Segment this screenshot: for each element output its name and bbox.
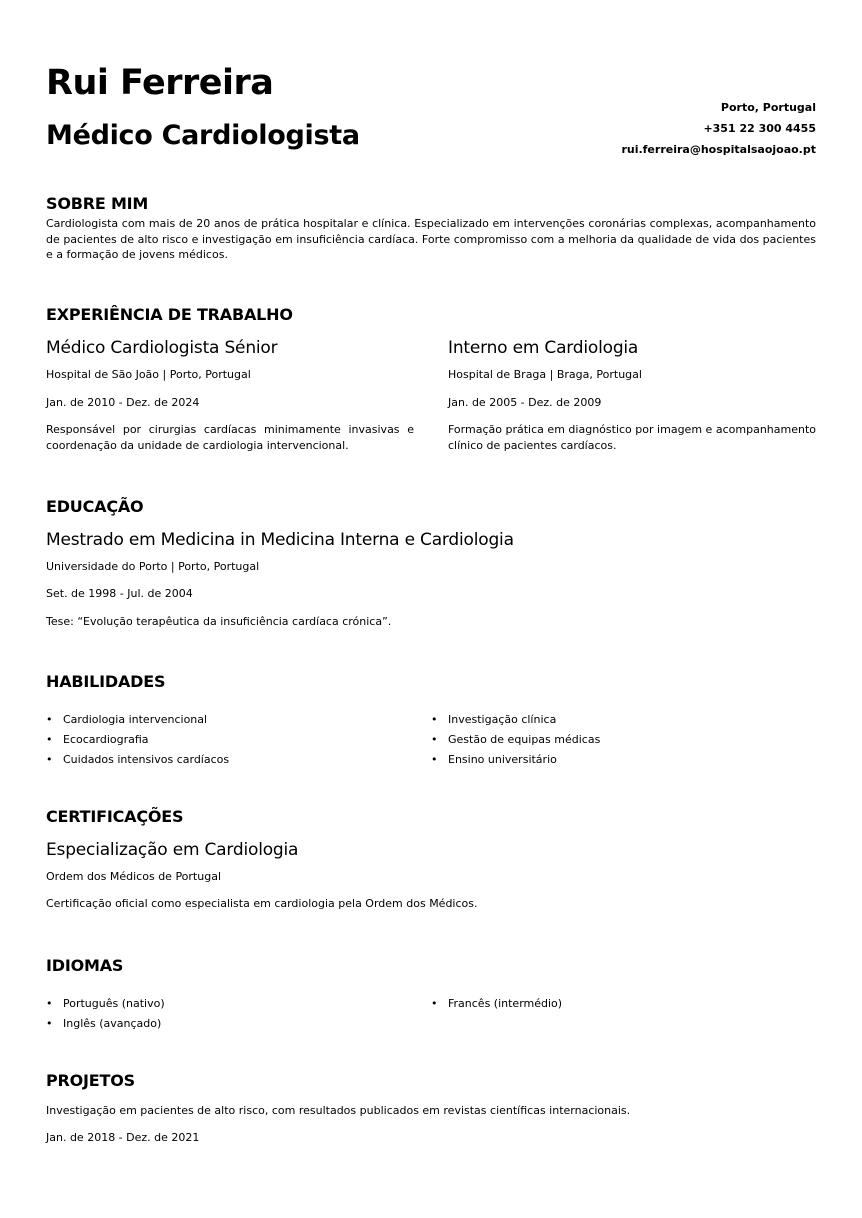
certifications-section: CERTIFICAÇÕES Especialização em Cardiolo… — [46, 806, 816, 911]
skill-item: Gestão de equipas médicas — [431, 730, 816, 750]
education-place: Universidade do Porto | Porto, Portugal — [46, 559, 816, 574]
experience-description: Formação prática em diagnóstico por imag… — [448, 422, 816, 453]
education-section: EDUCAÇÃO Mestrado em Medicina in Medicin… — [46, 496, 816, 629]
candidate-title: Médico Cardiologista — [46, 118, 360, 154]
certification-description: Certificação oficial como especialista e… — [46, 896, 816, 911]
resume-header: Rui Ferreira Médico Cardiologista Porto,… — [46, 0, 816, 190]
certification-item: Especialização em Cardiologia Ordem dos … — [46, 838, 816, 911]
languages-list-left: Português (nativo) Inglês (avançado) — [46, 994, 431, 1034]
skill-item: Cardiologia intervencional — [46, 710, 431, 730]
education-description: Tese: “Evolução terapêutica da insuficiê… — [46, 614, 816, 629]
skill-item: Ecocardiografia — [46, 730, 431, 750]
contact-info: Porto, Portugal +351 22 300 4455 rui.fer… — [621, 97, 816, 160]
certification-title: Especialização em Cardiologia — [46, 838, 816, 862]
resume-page: Rui Ferreira Médico Cardiologista Porto,… — [46, 0, 816, 190]
contact-email: rui.ferreira@hospitalsaojoao.pt — [621, 139, 816, 160]
contact-phone: +351 22 300 4455 — [621, 118, 816, 139]
projects-section: PROJETOS Investigação em pacientes de al… — [46, 1070, 816, 1145]
experience-description: Responsável por cirurgias cardíacas mini… — [46, 422, 414, 453]
experience-place: Hospital de Braga | Braga, Portugal — [448, 367, 816, 382]
skill-item: Investigação clínica — [431, 710, 816, 730]
contact-location: Porto, Portugal — [621, 97, 816, 118]
experience-role: Interno em Cardiologia — [448, 336, 816, 360]
education-item: Mestrado em Medicina in Medicina Interna… — [46, 528, 816, 629]
experience-place: Hospital de São João | Porto, Portugal — [46, 367, 414, 382]
experience-item: Interno em Cardiologia Hospital de Braga… — [448, 336, 816, 453]
language-item: Inglês (avançado) — [46, 1014, 431, 1034]
candidate-name: Rui Ferreira — [46, 62, 273, 104]
about-text: Cardiologista com mais de 20 anos de prá… — [46, 216, 816, 263]
experience-dates: Jan. de 2010 - Dez. de 2024 — [46, 395, 414, 410]
project-item: Investigação em pacientes de alto risco,… — [46, 1103, 816, 1145]
skills-list-left: Cardiologia intervencional Ecocardiograf… — [46, 710, 431, 770]
language-item: Francês (intermédio) — [431, 994, 816, 1014]
section-heading-languages: IDIOMAS — [46, 955, 816, 977]
skills-list-right: Investigação clínica Gestão de equipas m… — [431, 710, 816, 770]
project-dates: Jan. de 2018 - Dez. de 2021 — [46, 1130, 816, 1145]
experience-dates: Jan. de 2005 - Dez. de 2009 — [448, 395, 816, 410]
about-section: SOBRE MIM Cardiologista com mais de 20 a… — [46, 193, 816, 263]
experience-section: EXPERIÊNCIA DE TRABALHO Médico Cardiolog… — [46, 304, 816, 453]
skill-item: Ensino universitário — [431, 750, 816, 770]
section-heading-education: EDUCAÇÃO — [46, 496, 816, 518]
education-degree: Mestrado em Medicina in Medicina Interna… — [46, 528, 816, 552]
section-heading-experience: EXPERIÊNCIA DE TRABALHO — [46, 304, 816, 326]
certification-issuer: Ordem dos Médicos de Portugal — [46, 869, 816, 884]
languages-list-right: Francês (intermédio) — [431, 994, 816, 1034]
skill-item: Cuidados intensivos cardíacos — [46, 750, 431, 770]
project-description: Investigação em pacientes de alto risco,… — [46, 1103, 816, 1118]
section-heading-about: SOBRE MIM — [46, 193, 816, 215]
experience-role: Médico Cardiologista Sénior — [46, 336, 414, 360]
section-heading-certifications: CERTIFICAÇÕES — [46, 806, 816, 828]
language-item: Português (nativo) — [46, 994, 431, 1014]
skills-section: HABILIDADES Cardiologia intervencional E… — [46, 671, 816, 770]
languages-section: IDIOMAS Português (nativo) Inglês (avanç… — [46, 955, 816, 1034]
section-heading-projects: PROJETOS — [46, 1070, 816, 1092]
section-heading-skills: HABILIDADES — [46, 671, 816, 693]
education-dates: Set. de 1998 - Jul. de 2004 — [46, 586, 816, 601]
experience-item: Médico Cardiologista Sénior Hospital de … — [46, 336, 414, 453]
